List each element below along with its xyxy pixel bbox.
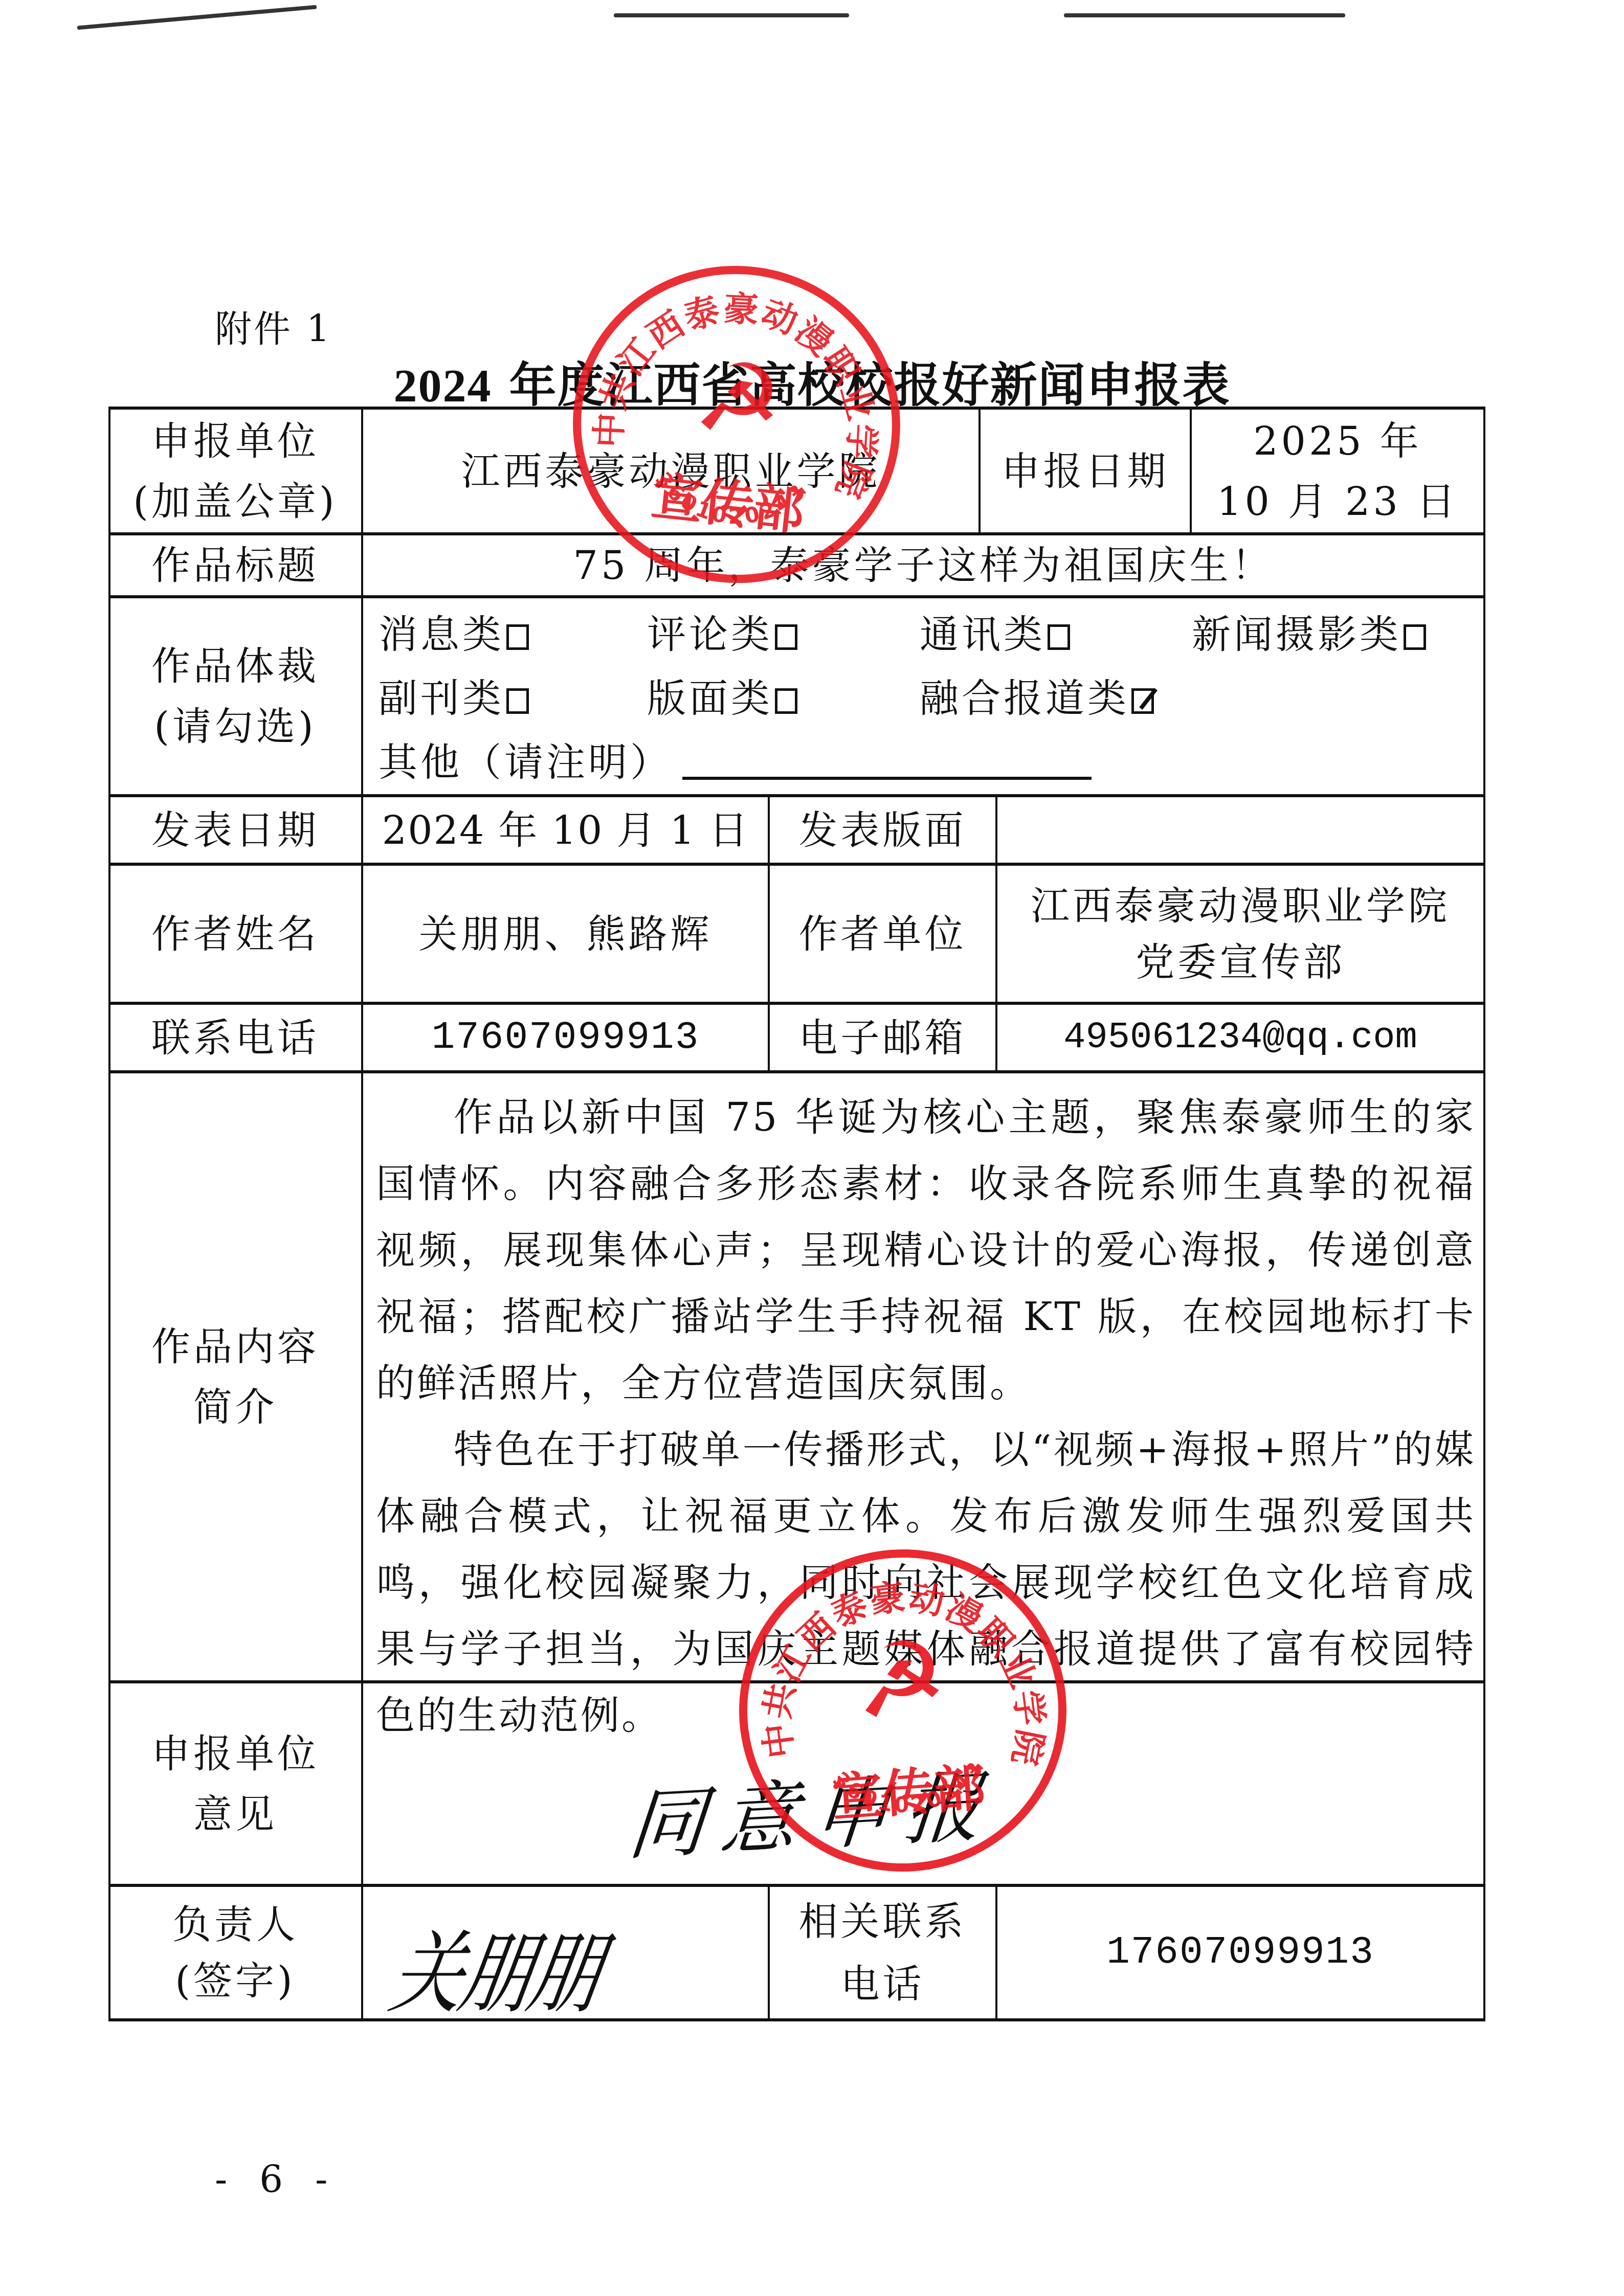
author-name-label: 作者姓名 — [108, 865, 362, 1003]
label-line: (加盖公章) — [133, 471, 337, 532]
responsible-signature: 关朋朋 — [383, 1902, 611, 2031]
work-title-label: 作品标题 — [108, 535, 362, 596]
work-title-value: 75 周年，泰豪学子这样为祖国庆生！ — [362, 535, 1484, 596]
scan-artifact — [1064, 13, 1345, 17]
genre-option-commentary[interactable]: 评论类 — [647, 603, 797, 659]
scan-artifact — [614, 13, 849, 17]
related-phone-label: 相关联系 电话 — [769, 1886, 996, 2019]
label-line: (签字) — [175, 1953, 295, 2009]
label-line: 意见 — [193, 1784, 277, 1844]
author-unit-line1: 江西泰豪动漫职业学院 — [1031, 878, 1450, 934]
publish-date-value: 2024 年 10 月 1 日 — [362, 797, 769, 864]
publish-date-label: 发表日期 — [108, 797, 362, 864]
checkbox[interactable] — [775, 688, 797, 714]
author-unit-line2: 党委宣传部 — [1136, 934, 1345, 991]
genre-label: 作品体裁 (请勾选) — [108, 598, 362, 795]
checkbox[interactable] — [1404, 624, 1426, 650]
phone-value: 17607099913 — [362, 1004, 769, 1072]
genre-option-convergence[interactable]: 融合报道类 — [920, 667, 1154, 723]
unit-opinion-label: 申报单位 意见 — [108, 1683, 362, 1885]
related-phone-value: 17607099913 — [996, 1886, 1484, 2019]
option-label: 其他（请注明） — [379, 739, 672, 785]
label-line: 负责人 — [172, 1897, 298, 1953]
applicant-unit-label: 申报单位 (加盖公章) — [108, 409, 362, 534]
option-label: 副刊类 — [379, 676, 504, 721]
author-name-value: 关朋朋、熊路辉 — [362, 865, 769, 1003]
apply-date-value: 2025 年 10 月 23 日 — [1191, 409, 1484, 534]
hammer-sickle-icon: ☭ — [691, 347, 787, 453]
genre-option-other[interactable]: 其他（请注明） — [379, 731, 1092, 787]
label-line: 简介 — [193, 1377, 277, 1437]
official-stamp-bottom: 中共江西泰豪动漫职业学院委员会 3601020243806 ☭ 宣传部 — [728, 1538, 1077, 1882]
apply-date-year: 2025 年 — [1253, 411, 1422, 471]
scan-artifact — [77, 5, 317, 30]
option-label: 评论类 — [647, 612, 773, 657]
option-label: 消息类 — [379, 612, 504, 657]
author-unit-value: 江西泰豪动漫职业学院 党委宣传部 — [996, 865, 1484, 1003]
label-line: 电话 — [841, 1953, 925, 2015]
phone-label: 联系电话 — [108, 1004, 362, 1072]
author-unit-label: 作者单位 — [769, 865, 996, 1003]
summary-label: 作品内容 简介 — [108, 1073, 362, 1681]
genre-option-photojournalism[interactable]: 新闻摄影类 — [1192, 603, 1426, 659]
checkbox[interactable] — [506, 688, 529, 714]
attachment-label: 附件 1 — [215, 299, 332, 352]
summary-paragraph: 作品以新中国 75 华诞为核心主题，聚焦泰豪师生的家国情怀。内容融合多形态素材：… — [376, 1084, 1476, 1416]
option-label: 版面类 — [647, 676, 773, 721]
label-line: 相关联系 — [799, 1890, 967, 1953]
email-label: 电子邮箱 — [769, 1004, 996, 1072]
apply-date-label: 申报日期 — [980, 409, 1191, 534]
apply-date-monthday: 10 月 23 日 — [1217, 471, 1458, 532]
label-line: 申报单位 — [151, 1724, 319, 1784]
table-border-right — [1483, 407, 1485, 2021]
responsible-label: 负责人 (签字) — [108, 1886, 362, 2019]
hammer-sickle-icon: ☭ — [851, 1626, 950, 1735]
genre-option-correspondence[interactable]: 通讯类 — [920, 603, 1070, 659]
label-line: 作品内容 — [151, 1317, 319, 1377]
other-input-line[interactable] — [682, 746, 1092, 780]
option-label: 融合报道类 — [920, 676, 1129, 721]
genre-option-news[interactable]: 消息类 — [379, 603, 529, 659]
publish-page-value — [996, 797, 1484, 864]
checkbox[interactable] — [1048, 624, 1070, 650]
official-stamp-top: 中共江西泰豪动漫职业学院委员会 3601020243806 ☭ 宣传部 — [557, 250, 916, 599]
label-line: 作品体裁 — [151, 636, 319, 696]
genre-option-layout[interactable]: 版面类 — [647, 667, 797, 723]
option-label: 通讯类 — [920, 612, 1045, 657]
checkbox[interactable] — [506, 624, 529, 650]
checkbox[interactable] — [775, 624, 797, 650]
label-line: (请勾选) — [154, 696, 316, 757]
checkbox-checked[interactable] — [1131, 688, 1154, 714]
title-year: 2024 — [393, 359, 492, 412]
genre-option-supplement[interactable]: 副刊类 — [379, 667, 529, 723]
publish-page-label: 发表版面 — [769, 797, 996, 864]
page-number: - 6 - — [215, 2158, 338, 2201]
option-label: 新闻摄影类 — [1192, 612, 1401, 657]
label-line: 申报单位 — [151, 411, 319, 471]
email-value: 495061234@qq.com — [996, 1004, 1484, 1072]
